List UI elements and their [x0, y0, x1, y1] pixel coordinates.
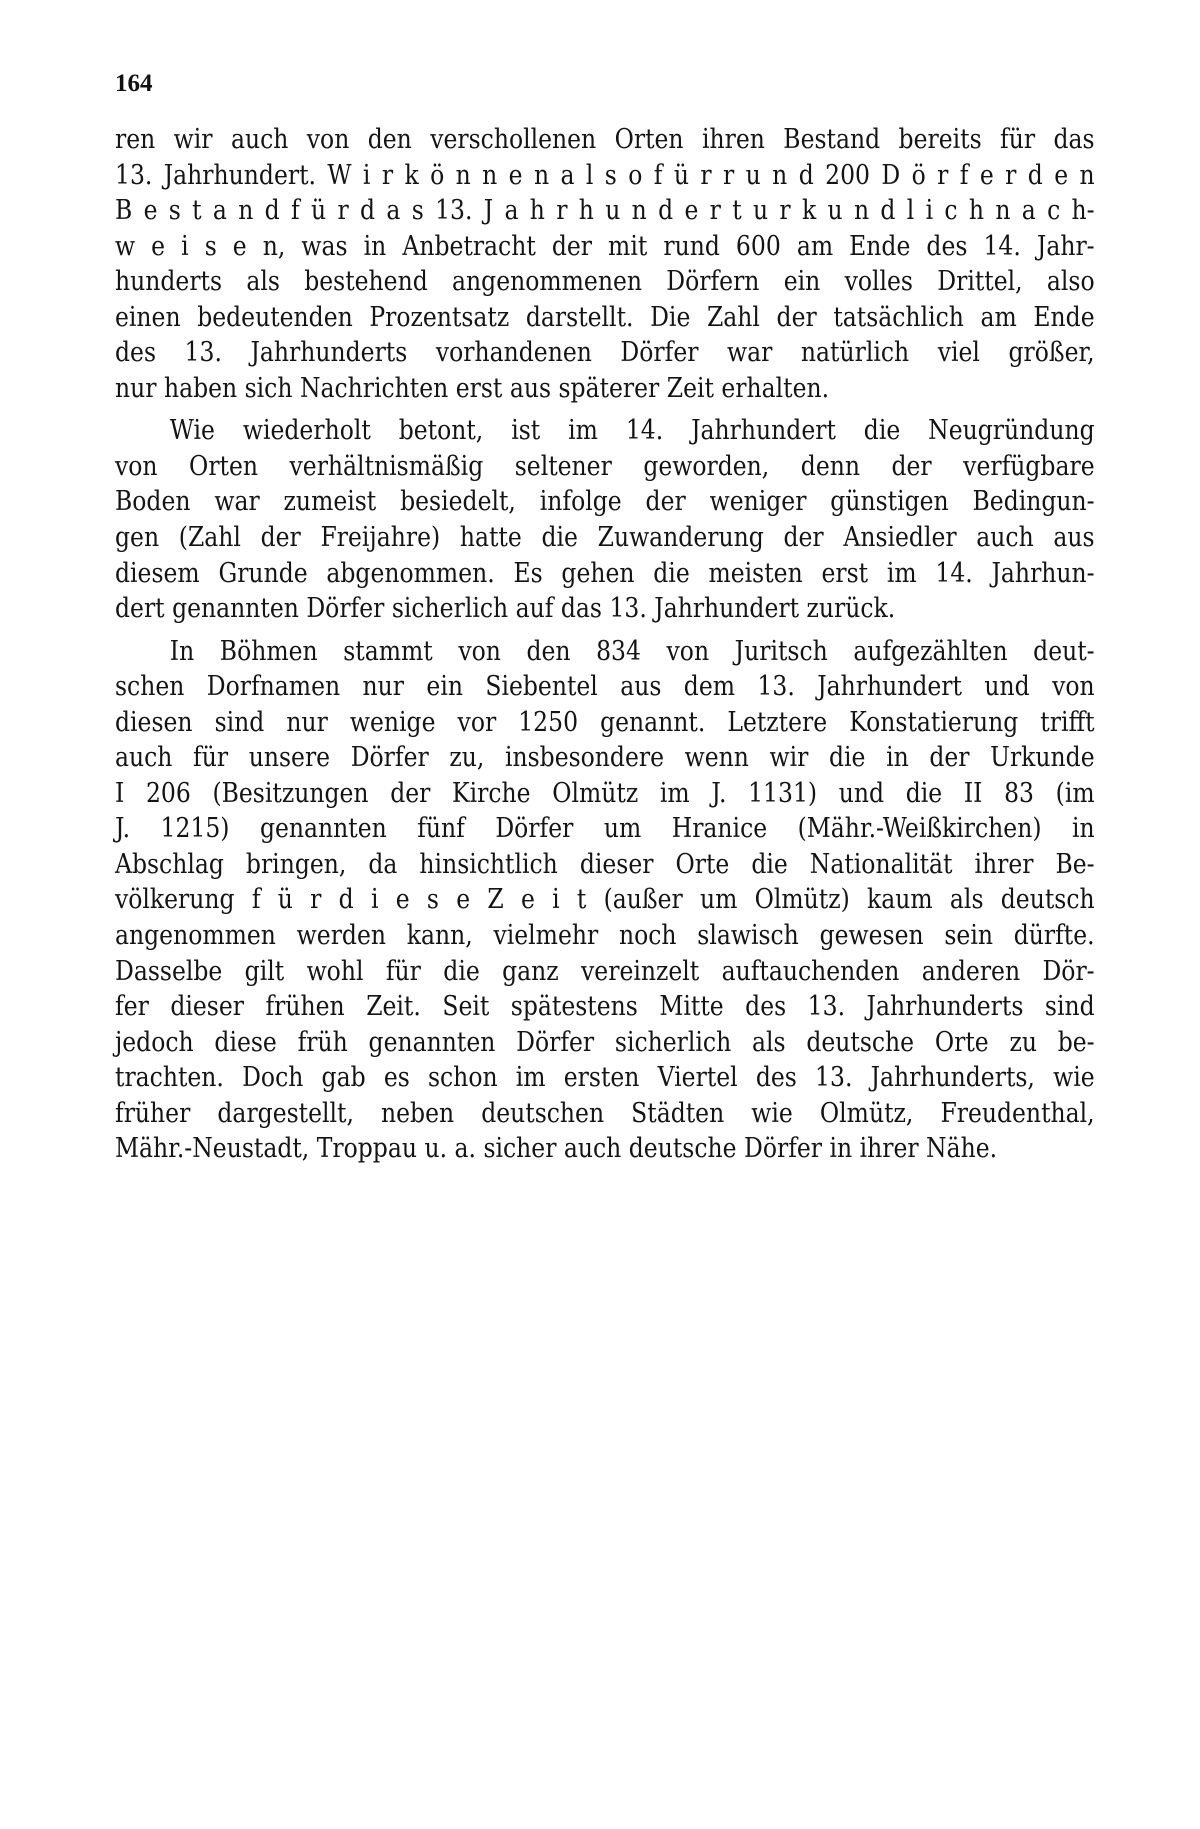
text-line: jedoch diese früh genannten Dörfer siche… — [115, 1025, 1095, 1061]
text-line: gen (Zahl der Freijahre) hatte die Zuwan… — [115, 520, 1095, 556]
text-line: 13. Jahrhundert. W i r k ö n n e n a l s… — [115, 158, 1095, 194]
text-line: Dasselbe gilt wohl für die ganz vereinze… — [115, 954, 1095, 990]
text-line: hunderts als bestehend angenommenen Dörf… — [115, 264, 1095, 300]
paragraph: ren wir auch von den verschollenen Orten… — [115, 122, 1095, 406]
text-line: I 206 (Besitzungen der Kirche Olmütz im … — [115, 776, 1095, 812]
text-line: einen bedeutenden Prozentsatz darstellt.… — [115, 300, 1095, 336]
text-line: In Böhmen stammt von den 834 von Juritsc… — [115, 634, 1095, 670]
text-line: Mähr.-Neustadt, Troppau u. a. sicher auc… — [115, 1131, 1095, 1167]
paragraph-gap — [115, 406, 1095, 413]
text-line: ren wir auch von den verschollenen Orten… — [115, 122, 1095, 158]
text-line: J. 1215) genannten fünf Dörfer um Hranic… — [115, 811, 1095, 847]
paragraph: In Böhmen stammt von den 834 von Juritsc… — [115, 627, 1095, 1167]
text-line: nur haben sich Nachrichten erst aus spät… — [115, 371, 1095, 407]
text-line: angenommen werden kann, vielmehr noch sl… — [115, 918, 1095, 954]
paragraph-gap — [115, 627, 1095, 634]
text-line: fer dieser frühen Zeit. Seit spätestens … — [115, 989, 1095, 1025]
text-line: Wie wiederholt betont, ist im 14. Jahrhu… — [115, 413, 1095, 449]
text-line: schen Dorfnamen nur ein Siebentel aus de… — [115, 669, 1095, 705]
text-line: Abschlag bringen, da hinsichtlich dieser… — [115, 847, 1095, 883]
body-text: ren wir auch von den verschollenen Orten… — [115, 122, 1095, 1167]
text-line: diesen sind nur wenige vor 1250 genannt.… — [115, 705, 1095, 741]
text-line: diesem Grunde abgenommen. Es gehen die m… — [115, 556, 1095, 592]
text-line: w e i s e n, was in Anbetracht der mit r… — [115, 229, 1095, 265]
text-line: Boden war zumeist besiedelt, infolge der… — [115, 484, 1095, 520]
text-line: dert genannten Dörfer sicherlich auf das… — [115, 591, 1095, 627]
text-line: früher dargestellt, neben deutschen Städ… — [115, 1096, 1095, 1132]
text-line: des 13. Jahrhunderts vorhandenen Dörfer … — [115, 335, 1095, 371]
text-line: auch für unsere Dörfer zu, insbesondere … — [115, 740, 1095, 776]
text-line: B e s t a n d f ü r d a s 13. J a h r h … — [115, 193, 1095, 229]
text-line: völkerung f ü r d i e s e Z e i t (außer… — [115, 882, 1095, 918]
text-line: von Orten verhältnismäßig seltener gewor… — [115, 449, 1095, 485]
page-number: 164 — [115, 70, 153, 98]
book-page: 164 ren wir auch von den verschollenen O… — [0, 0, 1200, 1829]
paragraph: Wie wiederholt betont, ist im 14. Jahrhu… — [115, 406, 1095, 626]
text-line: trachten. Doch gab es schon im ersten Vi… — [115, 1060, 1095, 1096]
